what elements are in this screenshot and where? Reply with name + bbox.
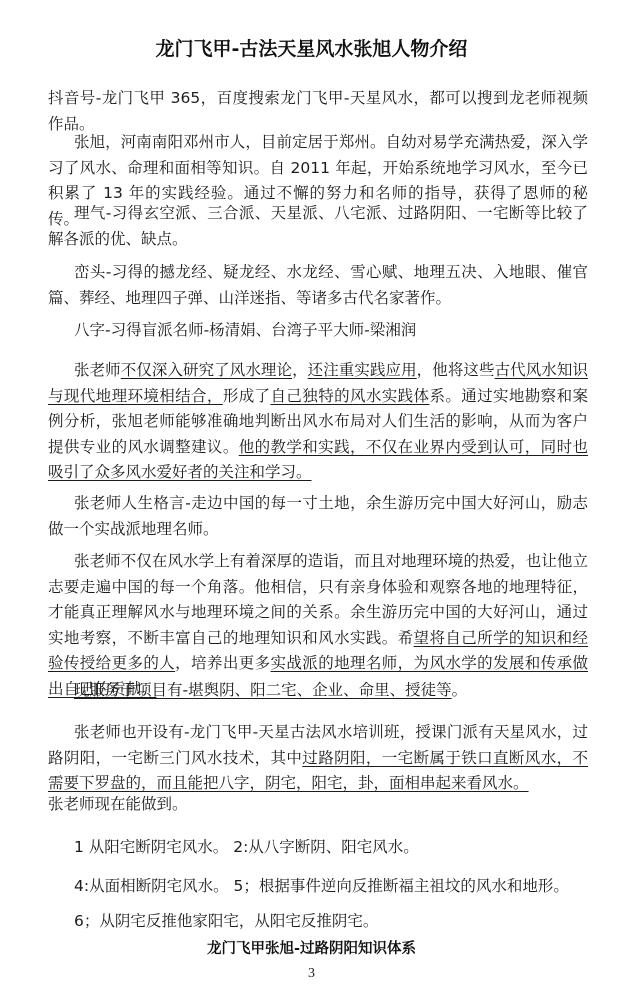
motto-paragraph: 张老师人生格言-走边中国的每一寸土地，余生游历完中国大好河山，励志做一个实战派地… [48,491,588,542]
practice-paragraph: 张老师不仅深入研究了风水理论，还注重实践应用，他将这些古代风水知识与现代地理环境… [48,358,588,486]
text-span: ， [292,361,308,379]
liqi-paragraph: 理气-习得玄空派、三合派、天星派、八宅派、过路阴阳、一宅断等比较了解各派的优、缺… [48,201,588,252]
underlined-text: 自己独特的风水实践体 [271,387,430,405]
underlined-text: 还注重实践应用 [308,361,417,379]
text-span: ，培养出更多 [175,654,270,672]
page-number: 3 [0,966,623,982]
text-span: 形成了 [223,387,271,405]
ability-item: 4:从面相断阴宅风水。 5；根据事件逆向反推断福主祖坟的风水和地形。 [48,874,588,900]
abilities-heading: 张老师现在能做到。 [48,792,588,818]
page-title: 龙门飞甲-古法天星风水张旭人物介绍 [0,34,623,61]
underlined-text: 现服务于项目有-堪舆阴、阳二宅、企业、命里、授徒等 [74,681,452,699]
text-span: 张老师 [74,361,121,379]
ability-item: 1 从阳宅断阴宅风水。 2:从八字断阴、阳宅风水。 [48,835,588,861]
underlined-text: 不仅深入研究了风水理论 [121,361,292,379]
bazi-paragraph: 八字-习得盲派名师-杨清娟、台湾子平大师-梁湘润 [48,318,588,344]
services-paragraph: 现服务于项目有-堪舆阴、阳二宅、企业、命里、授徒等。 [48,678,588,704]
luantou-paragraph: 峦头-习得的撼龙经、疑龙经、水龙经、雪心赋、地理五决、入地眼、催官篇、葬经、地理… [48,260,588,311]
footer-title: 龙门飞甲张旭-过路阴阳知识体系 [0,937,623,958]
text-span: 。 [452,681,468,699]
text-span: ，他将这些 [417,361,495,379]
document-page: 龙门飞甲-古法天星风水张旭人物介绍 抖音号-龙门飞甲 365，百度搜索龙门飞甲-… [0,0,623,999]
training-paragraph: 张老师也开设有-龙门飞甲-天星古法风水培训班，授课门派有天星风水，过路阴阳，一宅… [48,720,588,797]
ability-item: 6；从阴宅反推他家阳宅，从阳宅反推阴宅。 [48,909,588,935]
